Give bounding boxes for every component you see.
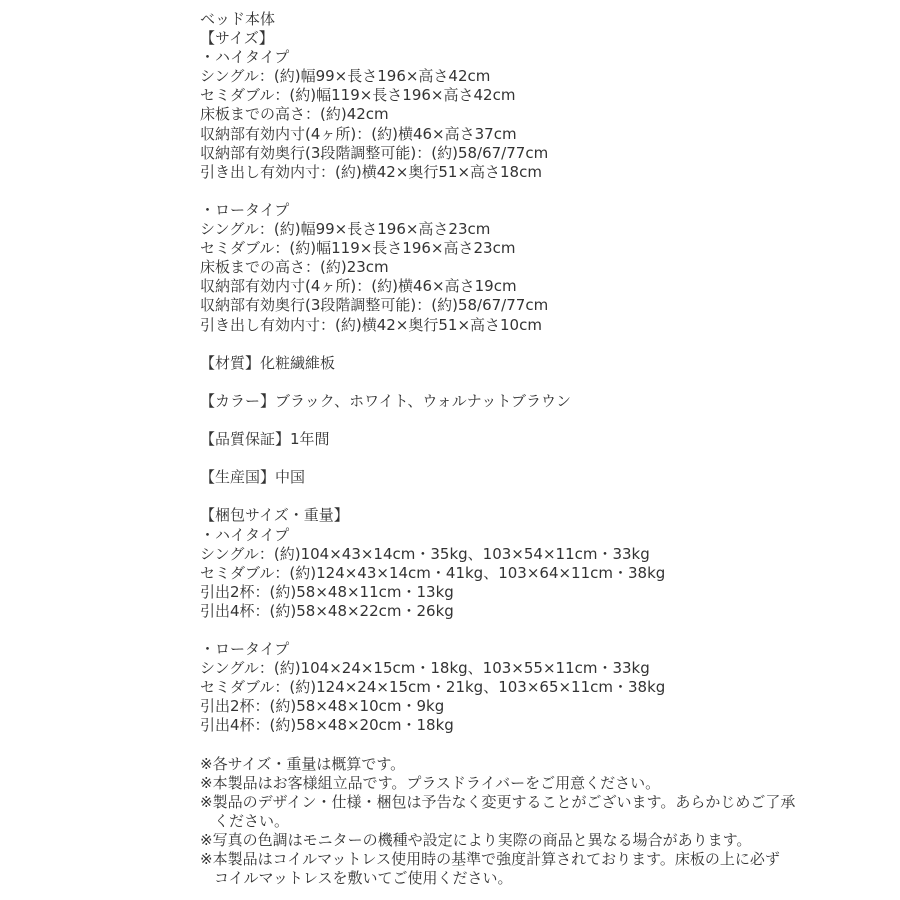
spec-line: シングル：(約)幅99×長さ196×高さ23cm: [200, 220, 900, 239]
country-line: 【生産国】中国: [200, 468, 900, 487]
spec-line: 引き出し有効内寸：(約)横42×奥行51×高さ18cm: [200, 163, 900, 182]
packing-high-type-heading: ・ハイタイプ: [200, 526, 900, 545]
material-line: 【材質】化粧繊維板: [200, 354, 900, 373]
spec-line: シングル：(約)104×24×15cm・18kg、103×55×11cm・33k…: [200, 659, 900, 678]
section-size: ベッド本体 【サイズ】 ・ハイタイプ シングル：(約)幅99×長さ196×高さ4…: [200, 10, 900, 182]
spec-line: 引出2杯：(約)58×48×10cm・9kg: [200, 697, 900, 716]
warranty-line: 【品質保証】1年間: [200, 430, 900, 449]
spec-line: 収納部有効奥行(3段階調整可能)：(約)58/67/77cm: [200, 144, 900, 163]
spec-line: セミダブル：(約)124×43×14cm・41kg、103×64×11cm・38…: [200, 564, 900, 583]
size-low-type-heading: ・ロータイプ: [200, 201, 900, 220]
size-high-type-lines: シングル：(約)幅99×長さ196×高さ42cmセミダブル：(約)幅119×長さ…: [200, 67, 900, 182]
section-material: 【材質】化粧繊維板: [200, 354, 900, 373]
spec-line: セミダブル：(約)124×24×15cm・21kg、103×65×11cm・38…: [200, 678, 900, 697]
size-low-type-lines: シングル：(約)幅99×長さ196×高さ23cmセミダブル：(約)幅119×長さ…: [200, 220, 900, 335]
packing-low-type-heading: ・ロータイプ: [200, 640, 900, 659]
spec-line: 引出4杯：(約)58×48×20cm・18kg: [200, 716, 900, 735]
section-size-low: ・ロータイプ シングル：(約)幅99×長さ196×高さ23cmセミダブル：(約)…: [200, 201, 900, 335]
note-line: ※製品のデザイン・仕様・梱包は予告なく変更することがございます。あらかじめご了承: [200, 793, 900, 812]
country-label: 【生産国】: [200, 468, 275, 486]
note-line: ※写真の色調はモニターの機種や設定により実際の商品と異なる場合があります。: [200, 831, 900, 850]
spec-line: 引出4杯：(約)58×48×22cm・26kg: [200, 602, 900, 621]
warranty-label: 【品質保証】: [200, 430, 290, 448]
spec-line: 引出2杯：(約)58×48×11cm・13kg: [200, 583, 900, 602]
spec-line: 引き出し有効内寸：(約)横42×奥行51×高さ10cm: [200, 316, 900, 335]
section-country: 【生産国】中国: [200, 468, 900, 487]
material-value: 化粧繊維板: [260, 354, 335, 372]
note-line: ※本製品はお客様組立品です。プラスドライバーをご用意ください。: [200, 774, 900, 793]
packing-section-heading: 【梱包サイズ・重量】: [200, 506, 900, 525]
note-line: ※本製品はコイルマットレス使用時の基準で強度計算されております。床板の上に必ず: [200, 850, 900, 869]
country-value: 中国: [275, 468, 305, 486]
spec-line: セミダブル：(約)幅119×長さ196×高さ23cm: [200, 239, 900, 258]
packing-low-type-lines: シングル：(約)104×24×15cm・18kg、103×55×11cm・33k…: [200, 659, 900, 735]
size-section-heading: 【サイズ】: [200, 29, 900, 48]
note-line: コイルマットレスを敷いてご使用ください。: [200, 869, 900, 888]
color-line: 【カラー】ブラック、ホワイト、ウォルナットブラウン: [200, 392, 900, 411]
note-line: ※各サイズ・重量は概算です。: [200, 755, 900, 774]
spec-line: 収納部有効内寸(4ヶ所)：(約)横46×高さ19cm: [200, 277, 900, 296]
spec-line: シングル：(約)幅99×長さ196×高さ42cm: [200, 67, 900, 86]
spec-line: 床板までの高さ：(約)42cm: [200, 105, 900, 124]
spec-line: 収納部有効内寸(4ヶ所)：(約)横46×高さ37cm: [200, 125, 900, 144]
spec-line: セミダブル：(約)幅119×長さ196×高さ42cm: [200, 86, 900, 105]
packing-high-type-lines: シングル：(約)104×43×14cm・35kg、103×54×11cm・33k…: [200, 545, 900, 621]
material-label: 【材質】: [200, 354, 260, 372]
section-packing-high: 【梱包サイズ・重量】 ・ハイタイプ シングル：(約)104×43×14cm・35…: [200, 506, 900, 621]
color-value: ブラック、ホワイト、ウォルナットブラウン: [275, 392, 571, 410]
color-label: 【カラー】: [200, 392, 275, 410]
spec-line: 床板までの高さ：(約)23cm: [200, 258, 900, 277]
section-warranty: 【品質保証】1年間: [200, 430, 900, 449]
size-high-type-heading: ・ハイタイプ: [200, 48, 900, 67]
section-color: 【カラー】ブラック、ホワイト、ウォルナットブラウン: [200, 392, 900, 411]
page-title: ベッド本体: [200, 10, 900, 29]
section-notes: ※各サイズ・重量は概算です。※本製品はお客様組立品です。プラスドライバーをご用意…: [200, 755, 900, 889]
warranty-value: 1年間: [290, 430, 330, 448]
product-spec: ベッド本体 【サイズ】 ・ハイタイプ シングル：(約)幅99×長さ196×高さ4…: [200, 10, 900, 888]
note-line: ください。: [200, 812, 900, 831]
spec-line: シングル：(約)104×43×14cm・35kg、103×54×11cm・33k…: [200, 545, 900, 564]
spec-line: 収納部有効奥行(3段階調整可能)：(約)58/67/77cm: [200, 296, 900, 315]
section-packing-low: ・ロータイプ シングル：(約)104×24×15cm・18kg、103×55×1…: [200, 640, 900, 735]
